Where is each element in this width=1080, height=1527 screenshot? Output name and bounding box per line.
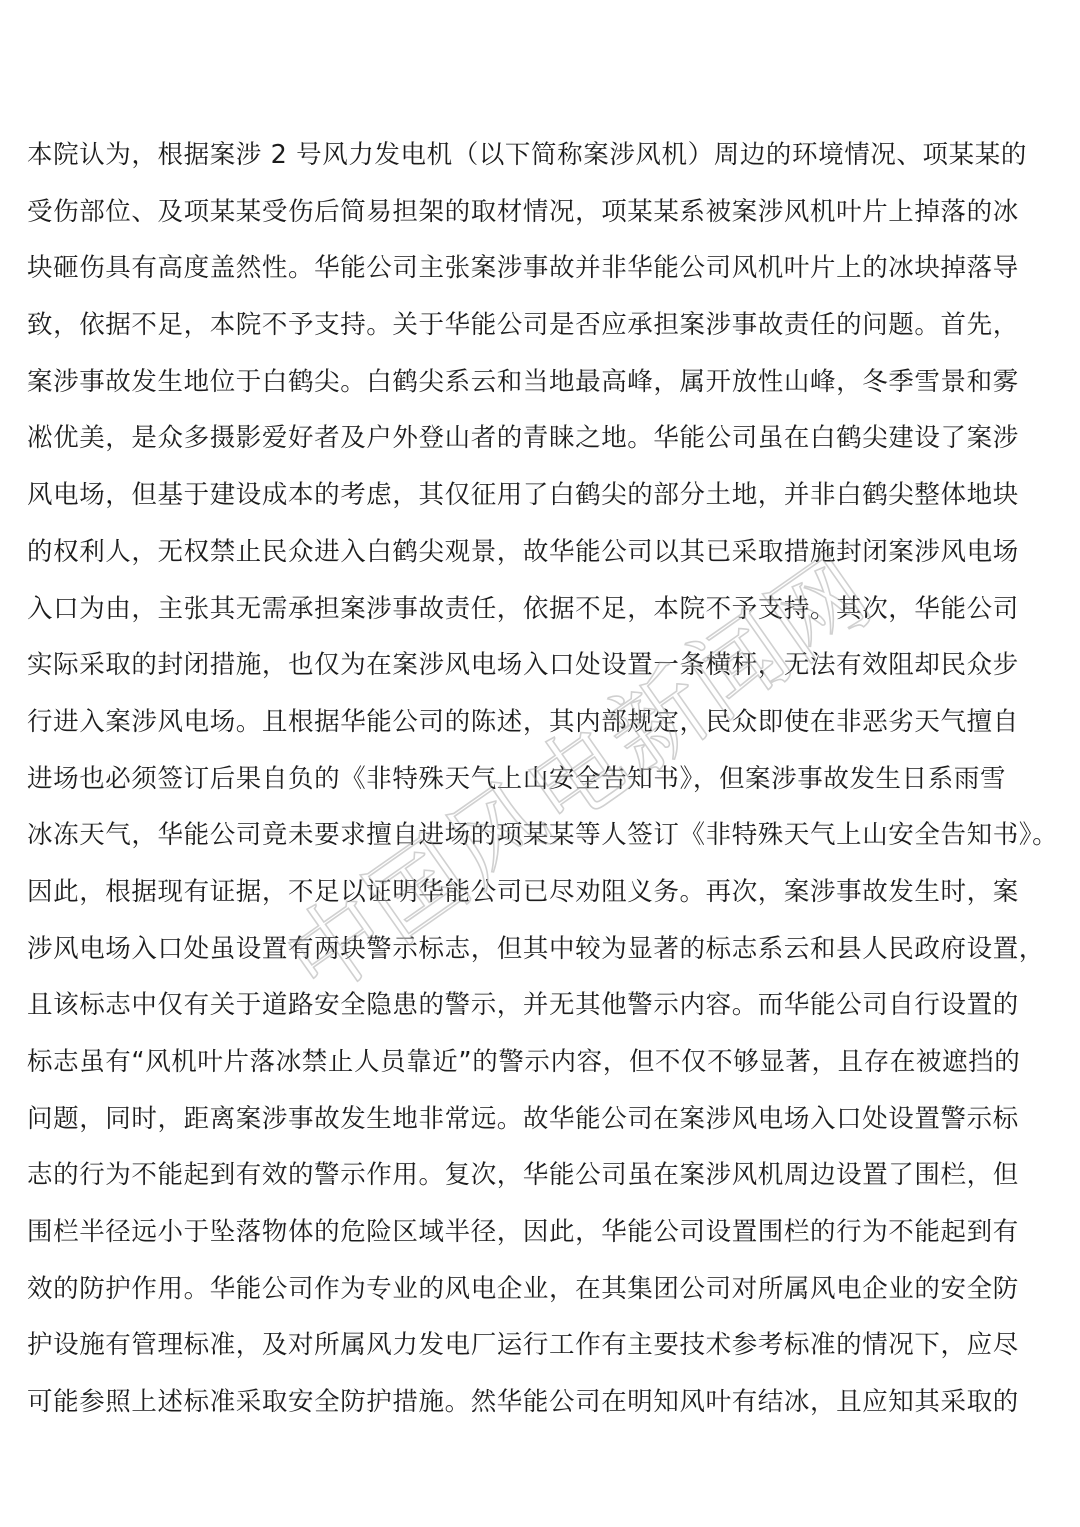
text-line: 受伤部位、及项某某受伤后简易担架的取材情况，项某某系被案涉风机叶片上掉落的冰 xyxy=(27,184,1067,241)
text-line: 志的行为不能起到有效的警示作用。复次，华能公司虽在案涉风机周边设置了围栏，但 xyxy=(27,1147,1067,1204)
text-line: 标志虽有“风机叶片落冰禁止人员靠近”的警示内容，但不仅不够显著，且存在被遮挡的 xyxy=(27,1034,1067,1091)
text-line: 块砸伤具有高度盖然性。华能公司主张案涉事故并非华能公司风机叶片上的冰块掉落导 xyxy=(27,240,1067,297)
text-line: 凇优美，是众多摄影爱好者及户外登山者的青睐之地。华能公司虽在白鹤尖建设了案涉 xyxy=(27,410,1067,467)
text-line: 入口为由，主张其无需承担案涉事故责任，依据不足，本院不予支持。其次，华能公司 xyxy=(27,581,1067,638)
text-line: 可能参照上述标准采取安全防护措施。然华能公司在明知风叶有结冰，且应知其采取的 xyxy=(27,1374,1067,1431)
text-line: 案涉事故发生地位于白鹤尖。白鹤尖系云和当地最高峰，属开放性山峰，冬季雪景和雾 xyxy=(27,354,1067,411)
text-line: 致，依据不足，本院不予支持。关于华能公司是否应承担案涉事故责任的问题。首先， xyxy=(27,297,1067,354)
text-line: 且该标志中仅有关于道路安全隐患的警示，并无其他警示内容。而华能公司自行设置的 xyxy=(27,977,1067,1034)
text-line: 行进入案涉风电场。且根据华能公司的陈述，其内部规定，民众即使在非恶劣天气擅自 xyxy=(27,694,1067,751)
document-page: 本院认为，根据案涉 2 号风力发电机（以下简称案涉风机）周边的环境情况、项某某的… xyxy=(0,0,1080,1527)
text-line: 因此，根据现有证据，不足以证明华能公司已尽劝阻义务。再次，案涉事故发生时，案 xyxy=(27,864,1067,921)
text-line: 进场也必须签订后果自负的《非特殊天气上山安全告知书》，但案涉事故发生日系雨雪 xyxy=(27,751,1067,808)
text-line: 的权利人，无权禁止民众进入白鹤尖观景，故华能公司以其已采取措施封闭案涉风电场 xyxy=(27,524,1067,581)
text-line: 冰冻天气，华能公司竟未要求擅自进场的项某某等人签订《非特殊天气上山安全告知书》。 xyxy=(27,807,1067,864)
text-line: 实际采取的封闭措施，也仅为在案涉风电场入口处设置一条横杆，无法有效阻却民众步 xyxy=(27,637,1067,694)
text-line: 护设施有管理标准，及对所属风力发电厂运行工作有主要技术参考标准的情况下，应尽 xyxy=(27,1317,1067,1374)
text-line: 风电场，但基于建设成本的考虑，其仅征用了白鹤尖的部分土地，并非白鹤尖整体地块 xyxy=(27,467,1067,524)
text-line: 问题，同时，距离案涉事故发生地非常远。故华能公司在案涉风电场入口处设置警示标 xyxy=(27,1091,1067,1148)
text-line: 本院认为，根据案涉 2 号风力发电机（以下简称案涉风机）周边的环境情况、项某某的 xyxy=(27,127,1067,184)
judgment-text-body: 本院认为，根据案涉 2 号风力发电机（以下简称案涉风机）周边的环境情况、项某某的… xyxy=(27,127,1067,1431)
text-line: 涉风电场入口处虽设置有两块警示标志，但其中较为显著的标志系云和县人民政府设置， xyxy=(27,921,1067,978)
text-line: 围栏半径远小于坠落物体的危险区域半径，因此，华能公司设置围栏的行为不能起到有 xyxy=(27,1204,1067,1261)
text-line: 效的防护作用。华能公司作为专业的风电企业，在其集团公司对所属风电企业的安全防 xyxy=(27,1261,1067,1318)
